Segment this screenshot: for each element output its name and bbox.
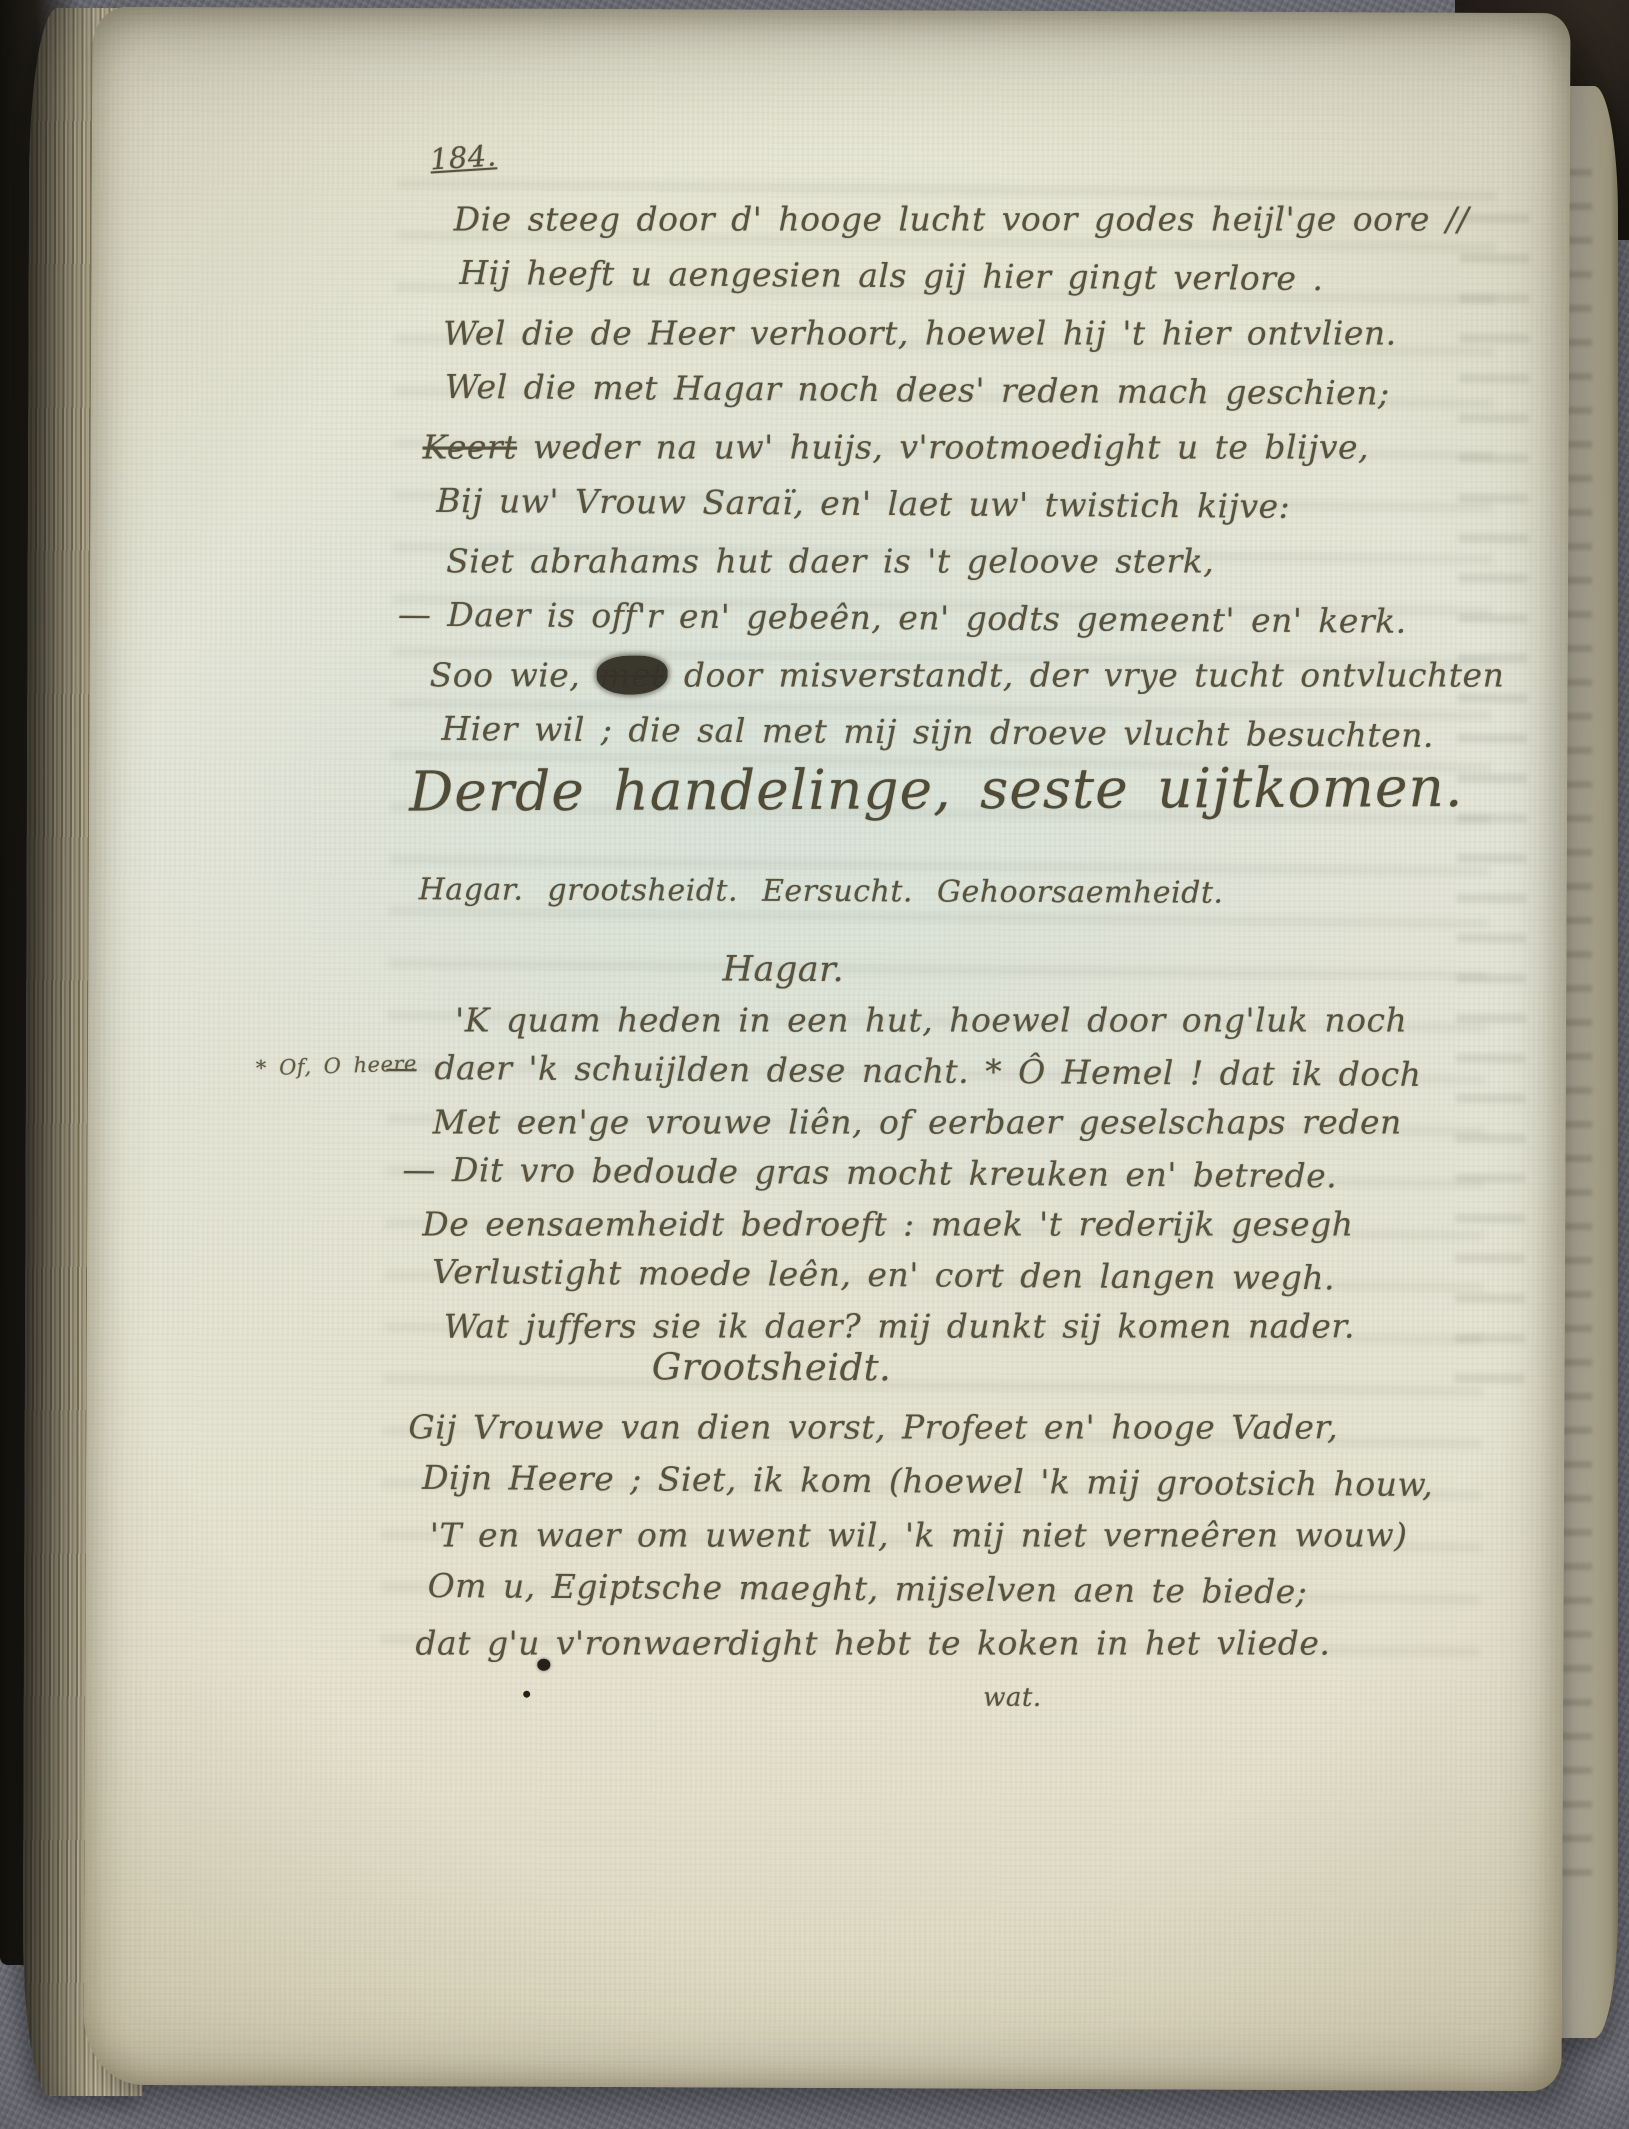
verse-text: dat g'u v'ronwaerdight hebt te koken in … [415,1623,1330,1662]
verse-line: Met een'ge vrouwe liên, of eerbaer gesel… [433,1096,1422,1147]
verse-line: Om u, Egiptsche maeght, mijselven aen te… [427,1559,1432,1620]
verse-text: Wel die de Heer verhoort, hoewel hij 't … [443,314,1397,353]
scene-heading: Derde handelinge, seste uijtkomen. [409,756,1199,823]
verse-line: Hij heeft u aengesien als gij hier gingt… [459,244,1506,308]
verse-text: Hij heeft u aengesien als gij hier gingt… [459,253,1323,298]
page-number: 184. [429,138,498,176]
verse-block-hagar: 'K quam heden in een hut, hoewel door on… [432,992,1422,1353]
verse-line: 'T en waer om uwent wil, 'k mij niet ver… [430,1508,1433,1562]
verse-line: Gij Vrouwe van dien vorst, Profeet en' h… [408,1400,1433,1454]
verse-text: 'T en waer om uwent wil, 'k mij niet ver… [430,1515,1408,1554]
verse-text: weder na uw' huijs, v'rootmoedight u te … [517,428,1369,467]
verse-text: 'K quam heden in een hut, hoewel door on… [455,1000,1407,1039]
verse-text: Dijn Heere ; Siet, ik kom (hoewel 'k mij… [422,1458,1433,1504]
verse-line: Wel die de Heer verhoort, hoewel hij 't … [443,305,1506,362]
ink-blot-small [523,1691,530,1698]
verse-line: — Dit vro bedoude gras mocht kreuken en'… [402,1144,1421,1202]
verse-line: Die steeg door d' hooge lucht voor godes… [454,191,1507,248]
verse-line: Soo wie, met door misverstandt, der vrye… [430,647,1505,704]
verse-text: Gij Vrouwe van dien vorst, Profeet en' h… [408,1407,1338,1446]
verse-text: — daer 'k schuijlden dese nacht. * Ô Hem… [385,1048,1422,1094]
speaker-heading-grootsheidt: Grootsheidt. [387,1344,1157,1390]
verse-line: De eensaemheidt bedroeft : maek 't reder… [422,1198,1421,1249]
verse-text: Verlustight moede leên, en' cort den lan… [432,1252,1335,1297]
catchword: wat. [983,1683,1042,1713]
verse-line: Bij uw' Vrouw Saraï, en' laet uw' twisti… [436,472,1505,536]
verse-text: — Daer is off'r en' gebeên, en' godts ge… [398,595,1407,641]
verse-text: Wel die met Hagar noch dees' reden mach … [445,367,1390,413]
verse-text: Hier wil ; die sal met mij sijn droeve v… [441,709,1434,755]
speaker-heading-hagar: Hagar. [418,948,1148,991]
verse-text: Met een'ge vrouwe liên, of eerbaer gesel… [433,1102,1402,1141]
verse-block-closing-speech: Die steeg door d' hooge lucht voor godes… [441,188,1506,763]
verse-text: Die steeg door d' hooge lucht voor godes… [454,200,1469,239]
verse-line: 'K quam heden in een hut, hoewel door on… [455,994,1422,1045]
marginal-note: * Of, O heere [256,1051,418,1080]
verse-text: Soo wie, [430,656,597,695]
verse-text: Siet abrahams hut daer is 't geloove ste… [446,542,1214,581]
verse-text: Wat juffers sie ik daer? mij dunkt sij k… [444,1306,1355,1345]
character-list: Hagar. grootsheidt. Eersucht. Gehoorsaem… [419,872,1149,910]
verse-line: dat g'u v'ronwaerdight hebt te koken in … [415,1616,1432,1670]
verse-line: Wat juffers sie ik daer? mij dunkt sij k… [444,1300,1421,1351]
photo-of-open-manuscript-book: 184. Die steeg door d' hooge lucht voor … [0,0,1629,2129]
verse-text: door misverstandt, der vrye tucht ontvlu… [668,656,1504,695]
manuscript-page: 184. Die steeg door d' hooge lucht voor … [83,7,1570,2091]
verse-line: Keert weder na uw' huijs, v'rootmoedight… [423,419,1506,476]
verse-block-grootsheidt: Gij Vrouwe van dien vorst, Profeet en' h… [437,1398,1433,1672]
verse-line: Dijn Heere ; Siet, ik kom (hoewel 'k mij… [422,1451,1433,1512]
verse-line: Verlustight moede leên, en' cort den lan… [432,1246,1421,1304]
verse-line: — Daer is off'r en' gebeên, en' godts ge… [398,586,1505,651]
verse-line: Wel die met Hagar noch dees' reden mach … [445,358,1506,422]
ink-blot [537,1659,550,1671]
verse-text: Om u, Egiptsche maeght, mijselven aen te… [428,1566,1308,1611]
verse-line: Siet abrahams hut daer is 't geloove ste… [446,533,1505,590]
verse-text: — Dit vro bedoude gras mocht kreuken en'… [402,1150,1337,1196]
verse-line: — daer 'k schuijlden dese nacht. * Ô Hem… [385,1042,1422,1100]
struck-word: met [596,656,668,695]
struck-word: Keert [423,428,517,467]
verse-text: De eensaemheidt bedroeft : maek 't reder… [422,1204,1353,1243]
verse-text: Bij uw' Vrouw Saraï, en' laet uw' twisti… [436,481,1290,526]
